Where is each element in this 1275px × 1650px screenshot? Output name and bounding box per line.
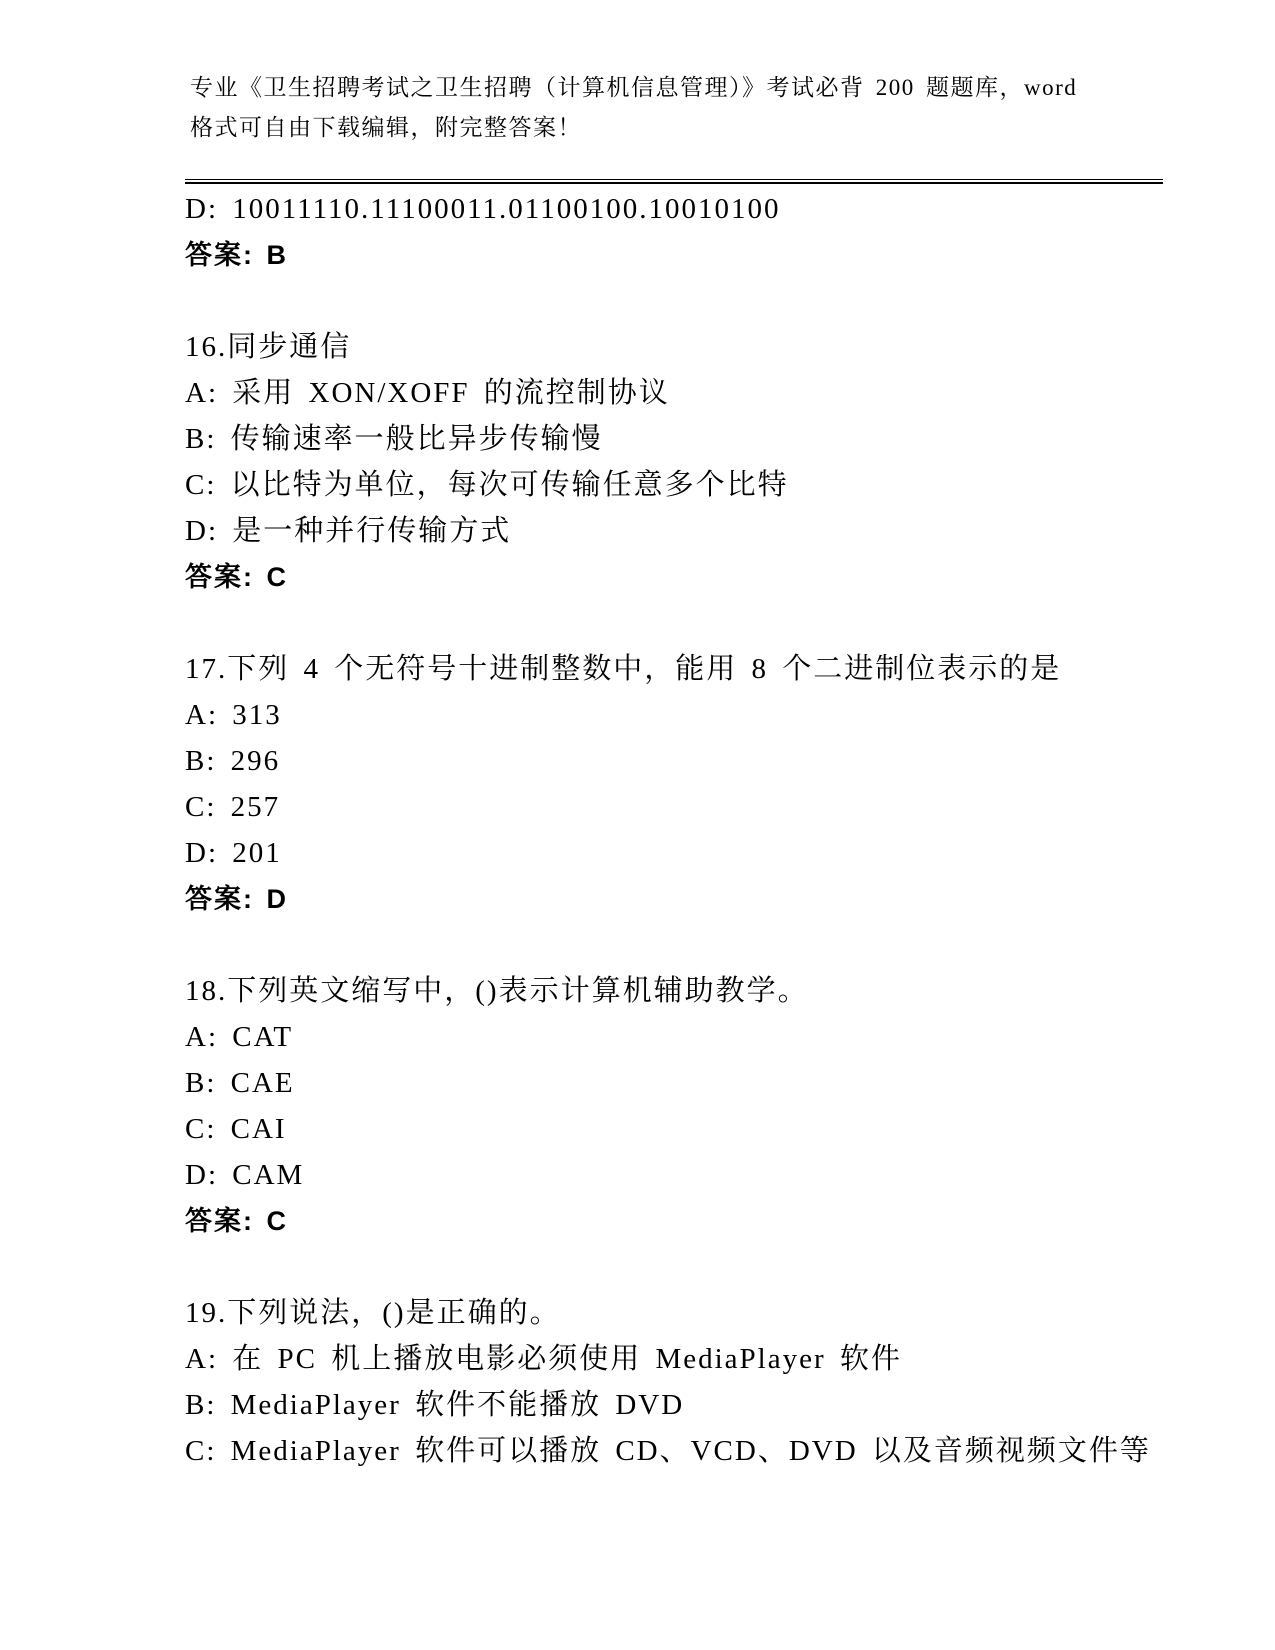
q17-option-b: B: 296 xyxy=(185,738,1245,784)
block-spacer xyxy=(185,1244,1245,1290)
q15-answer: 答案: B xyxy=(185,232,1245,278)
doc-header-line-2: 格式可自由下载编辑，附完整答案！ xyxy=(190,108,1150,148)
q19-title: 19.下列说法，()是正确的。 xyxy=(185,1290,1245,1336)
q19-option-c: C: MediaPlayer 软件可以播放 CD、VCD、DVD 以及音频视频文… xyxy=(185,1428,1245,1474)
q16-option-c: C: 以比特为单位，每次可传输任意多个比特 xyxy=(185,462,1245,508)
q17-title: 17.下列 4 个无符号十进制整数中，能用 8 个二进制位表示的是 xyxy=(185,646,1245,692)
q18-option-a: A: CAT xyxy=(185,1014,1245,1060)
q18-title: 18.下列英文缩写中，()表示计算机辅助教学。 xyxy=(185,968,1245,1014)
q17-option-c: C: 257 xyxy=(185,784,1245,830)
q16-option-b: B: 传输速率一般比异步传输慢 xyxy=(185,416,1245,462)
document-page: 专业《卫生招聘考试之卫生招聘（计算机信息管理）》考试必背 200 题题库，wor… xyxy=(0,0,1275,1650)
q18-answer: 答案: C xyxy=(185,1198,1245,1244)
q15-option-d: D: 10011110.11100011.01100100.10010100 xyxy=(185,186,1245,232)
header-double-rule xyxy=(185,179,1163,184)
q16-answer: 答案: C xyxy=(185,554,1245,600)
q16-option-a: A: 采用 XON/XOFF 的流控制协议 xyxy=(185,370,1245,416)
block-spacer xyxy=(185,278,1245,324)
q18-option-b: B: CAE xyxy=(185,1060,1245,1106)
q19-option-a: A: 在 PC 机上播放电影必须使用 MediaPlayer 软件 xyxy=(185,1336,1245,1382)
question-list: D: 10011110.11100011.01100100.10010100 答… xyxy=(185,186,1245,1474)
q16-title: 16.同步通信 xyxy=(185,324,1245,370)
q18-option-d: D: CAM xyxy=(185,1152,1245,1198)
doc-header-line-1: 专业《卫生招聘考试之卫生招聘（计算机信息管理）》考试必背 200 题题库，wor… xyxy=(190,68,1150,108)
q17-answer: 答案: D xyxy=(185,876,1245,922)
doc-header: 专业《卫生招聘考试之卫生招聘（计算机信息管理）》考试必背 200 题题库，wor… xyxy=(190,68,1150,148)
q17-option-d: D: 201 xyxy=(185,830,1245,876)
block-spacer xyxy=(185,600,1245,646)
q17-option-a: A: 313 xyxy=(185,692,1245,738)
q16-option-d: D: 是一种并行传输方式 xyxy=(185,508,1245,554)
block-spacer xyxy=(185,922,1245,968)
q18-option-c: C: CAI xyxy=(185,1106,1245,1152)
q19-option-b: B: MediaPlayer 软件不能播放 DVD xyxy=(185,1382,1245,1428)
